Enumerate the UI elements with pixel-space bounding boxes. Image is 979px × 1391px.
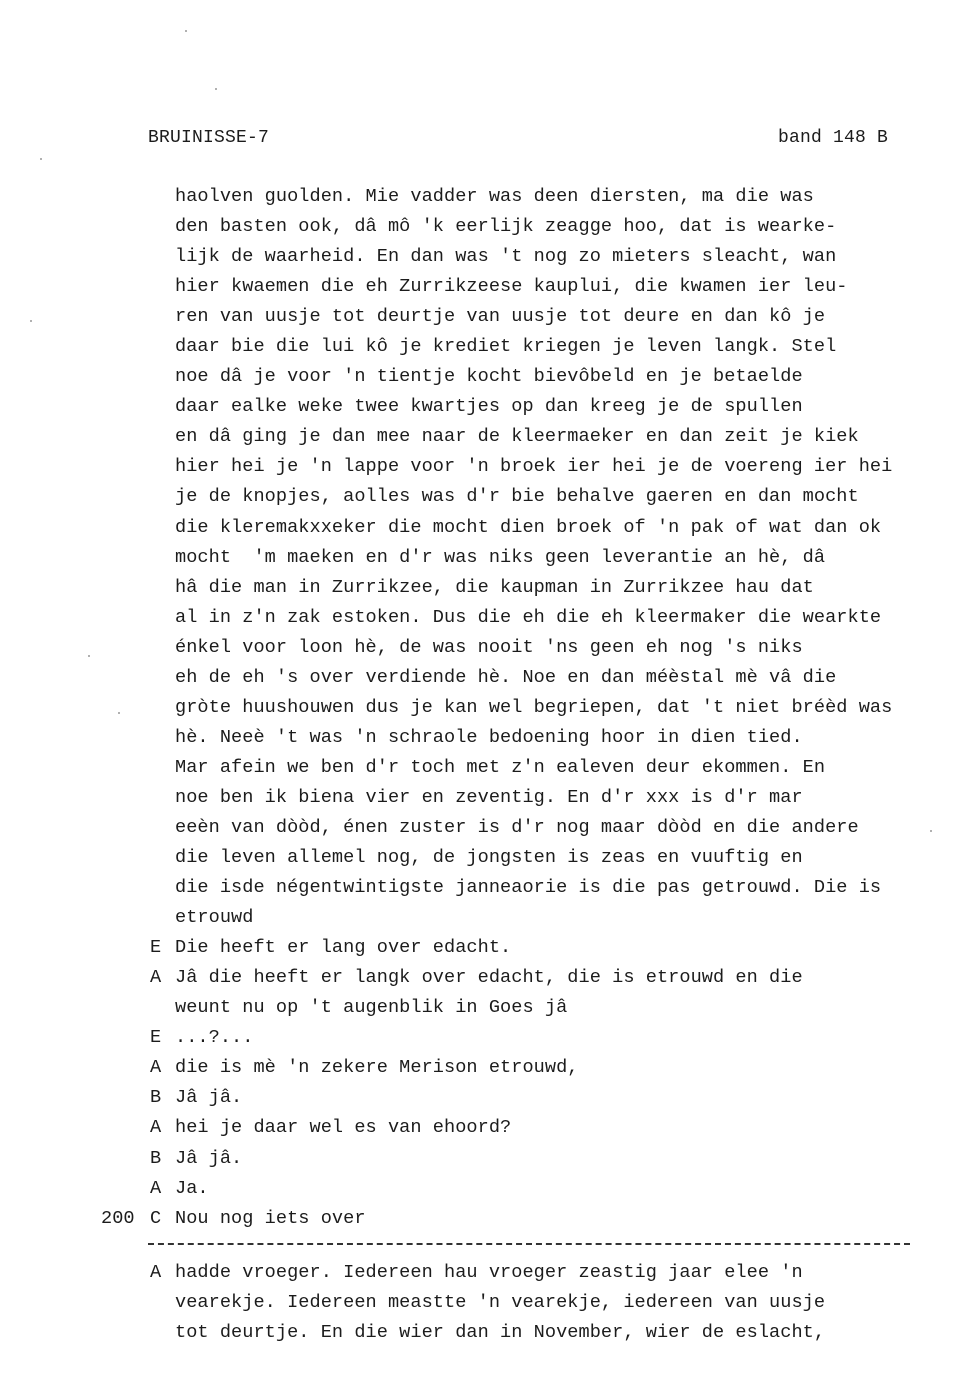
transcript-line: gròte huushouwen dus je kan wel begriepe… xyxy=(0,693,979,723)
transcript-line: Mar afein we ben d'r toch met z'n ealeve… xyxy=(0,753,979,783)
document-title: BRUINISSE-7 xyxy=(148,128,269,148)
transcript-line: lijk de waarheid. En dan was 't nog zo m… xyxy=(0,242,979,272)
transcript-continuation: Ahadde vroeger. Iedereen hau vroeger zea… xyxy=(0,1258,979,1348)
transcript-line: hè. Neeè 't was 'n schraole bedoening ho… xyxy=(0,723,979,753)
scan-speck xyxy=(118,712,120,714)
line-text: lijk de waarheid. En dan was 't nog zo m… xyxy=(175,242,836,272)
transcript-line: al in z'n zak estoken. Dus die eh die eh… xyxy=(0,603,979,633)
line-text: daar bie die lui kô je krediet kriegen j… xyxy=(175,332,836,362)
line-text: Nou nog iets over xyxy=(175,1204,366,1234)
line-text: ren van uusje tot deurtje van uusje tot … xyxy=(175,302,825,332)
speaker-label: B xyxy=(150,1083,161,1113)
line-text: hier kwaemen die eh Zurrikzeese kauplui,… xyxy=(175,272,847,302)
transcript-line: hier kwaemen die eh Zurrikzeese kauplui,… xyxy=(0,272,979,302)
speaker-label: A xyxy=(150,1053,161,1083)
line-text: gròte huushouwen dus je kan wel begriepe… xyxy=(175,693,892,723)
transcript-line: E...?... xyxy=(0,1023,979,1053)
tape-reference: band 148 B xyxy=(778,128,888,148)
line-text: weunt nu op 't augenblik in Goes jâ xyxy=(175,993,567,1023)
line-text: eeèn van dòòd, énen zuster is d'r nog ma… xyxy=(175,813,859,843)
transcript-line: ren van uusje tot deurtje van uusje tot … xyxy=(0,302,979,332)
line-text: hei je daar wel es van ehoord? xyxy=(175,1113,511,1143)
transcript-line: daar bie die lui kô je krediet kriegen j… xyxy=(0,332,979,362)
line-text: vearekje. Iedereen meastte 'n vearekje, … xyxy=(175,1288,825,1318)
speaker-label: A xyxy=(150,1258,161,1288)
speaker-label: B xyxy=(150,1144,161,1174)
line-text: Die heeft er lang over edacht. xyxy=(175,933,511,963)
transcript-line: den basten ook, dâ mô 'k eerlijk zeagge … xyxy=(0,212,979,242)
transcript-line: noe ben ik biena vier en zeventig. En d'… xyxy=(0,783,979,813)
line-text: hadde vroeger. Iedereen hau vroeger zeas… xyxy=(175,1258,803,1288)
line-text: Jâ jâ. xyxy=(175,1144,242,1174)
transcript-line: die leven allemel nog, de jongsten is ze… xyxy=(0,843,979,873)
transcript-line: énkel voor loon hè, de was nooit 'ns gee… xyxy=(0,633,979,663)
transcript-line: EDie heeft er lang over edacht. xyxy=(0,933,979,963)
transcript-line: mocht 'm maeken en d'r was niks geen lev… xyxy=(0,543,979,573)
line-text: Mar afein we ben d'r toch met z'n ealeve… xyxy=(175,753,825,783)
line-text: Jâ die heeft er langk over edacht, die i… xyxy=(175,963,803,993)
transcript-line: Ahadde vroeger. Iedereen hau vroeger zea… xyxy=(0,1258,979,1288)
line-text: tot deurtje. En die wier dan in November… xyxy=(175,1318,825,1348)
line-text: al in z'n zak estoken. Dus die eh die eh… xyxy=(175,603,881,633)
scan-speck xyxy=(185,30,187,32)
line-text: haolven guolden. Mie vadder was deen die… xyxy=(175,182,814,212)
speaker-label: E xyxy=(150,933,161,963)
line-text: daar ealke weke twee kwartjes op dan kre… xyxy=(175,392,803,422)
line-text: je de knopjes, aolles was d'r bie behalv… xyxy=(175,482,859,512)
transcript-line: BJâ jâ. xyxy=(0,1144,979,1174)
scan-speck xyxy=(930,830,932,832)
transcript-line: die kleremakxxeker die mocht dien broek … xyxy=(0,513,979,543)
transcript-line: je de knopjes, aolles was d'r bie behalv… xyxy=(0,482,979,512)
speaker-label: A xyxy=(150,963,161,993)
transcript-line: eeèn van dòòd, énen zuster is d'r nog ma… xyxy=(0,813,979,843)
scan-speck xyxy=(40,158,42,160)
transcript-line: die isde négentwintigste janneaorie is d… xyxy=(0,873,979,903)
transcript-body: haolven guolden. Mie vadder was deen die… xyxy=(0,182,979,1234)
line-text: eh de eh 's over verdiende hè. Noe en da… xyxy=(175,663,836,693)
line-text: etrouwd xyxy=(175,903,253,933)
transcript-line: en dâ ging je dan mee naar de kleermaeke… xyxy=(0,422,979,452)
transcript-line: eh de eh 's over verdiende hè. Noe en da… xyxy=(0,663,979,693)
transcript-line: AJa. xyxy=(0,1174,979,1204)
section-separator xyxy=(148,1243,910,1245)
speaker-label: A xyxy=(150,1113,161,1143)
speaker-label: C xyxy=(150,1204,161,1234)
line-text: die kleremakxxeker die mocht dien broek … xyxy=(175,513,881,543)
speaker-label: A xyxy=(150,1174,161,1204)
transcript-line: daar ealke weke twee kwartjes op dan kre… xyxy=(0,392,979,422)
transcript-line: tot deurtje. En die wier dan in November… xyxy=(0,1318,979,1348)
transcript-line: AJâ die heeft er langk over edacht, die … xyxy=(0,963,979,993)
transcript-line: hier hei je 'n lappe voor 'n broek ier h… xyxy=(0,452,979,482)
line-text: die is mè 'n zekere Merison etrouwd, xyxy=(175,1053,579,1083)
line-text: ...?... xyxy=(175,1023,253,1053)
line-text: noe dâ je voor 'n tientje kocht bievôbel… xyxy=(175,362,803,392)
line-text: énkel voor loon hè, de was nooit 'ns gee… xyxy=(175,633,803,663)
transcript-line: haolven guolden. Mie vadder was deen die… xyxy=(0,182,979,212)
transcript-line: etrouwd xyxy=(0,903,979,933)
transcript-line: Ahei je daar wel es van ehoord? xyxy=(0,1113,979,1143)
line-text: den basten ook, dâ mô 'k eerlijk zeagge … xyxy=(175,212,836,242)
line-text: die isde négentwintigste janneaorie is d… xyxy=(175,873,881,903)
line-number: 200 xyxy=(101,1204,135,1234)
transcript-line: vearekje. Iedereen meastte 'n vearekje, … xyxy=(0,1288,979,1318)
line-text: mocht 'm maeken en d'r was niks geen lev… xyxy=(175,543,825,573)
line-text: die leven allemel nog, de jongsten is ze… xyxy=(175,843,803,873)
page-header: BRUINISSE-7 band 148 B xyxy=(148,128,888,152)
speaker-label: E xyxy=(150,1023,161,1053)
scan-speck xyxy=(88,655,90,657)
line-text: hè. Neeè 't was 'n schraole bedoening ho… xyxy=(175,723,803,753)
line-text: en dâ ging je dan mee naar de kleermaeke… xyxy=(175,422,859,452)
transcript-line: BJâ jâ. xyxy=(0,1083,979,1113)
scan-speck xyxy=(30,320,32,322)
scan-speck xyxy=(215,88,217,90)
transcript-line: hâ die man in Zurrikzee, die kaupman in … xyxy=(0,573,979,603)
transcript-line: 200CNou nog iets over xyxy=(0,1204,979,1234)
line-text: hâ die man in Zurrikzee, die kaupman in … xyxy=(175,573,814,603)
line-text: Ja. xyxy=(175,1174,209,1204)
line-text: Jâ jâ. xyxy=(175,1083,242,1113)
line-text: noe ben ik biena vier en zeventig. En d'… xyxy=(175,783,803,813)
transcript-line: weunt nu op 't augenblik in Goes jâ xyxy=(0,993,979,1023)
transcript-line: Adie is mè 'n zekere Merison etrouwd, xyxy=(0,1053,979,1083)
transcript-line: noe dâ je voor 'n tientje kocht bievôbel… xyxy=(0,362,979,392)
line-text: hier hei je 'n lappe voor 'n broek ier h… xyxy=(175,452,892,482)
